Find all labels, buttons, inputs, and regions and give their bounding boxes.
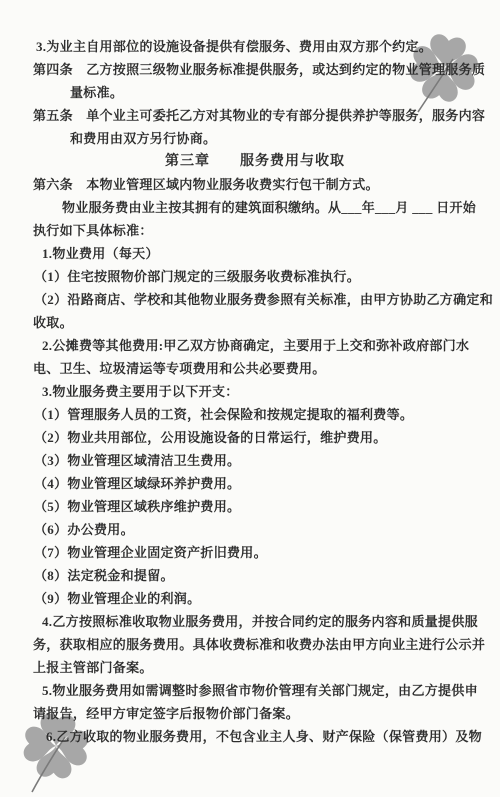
text-line: （4）物业管理区域绿环养护费用。 <box>0 472 500 495</box>
text-line: 上报主管部门备案。 <box>0 656 500 679</box>
text-line: （1）管理服务人员的工资，社会保险和按规定提取的福利费等。 <box>0 403 500 426</box>
text-line: 收取。 <box>0 311 500 334</box>
text-line: 2.公摊费等其他费用:甲乙双方协商确定，主要用于上交和弥补政府部门水 <box>0 334 500 357</box>
text-line: 量标准。 <box>0 81 500 104</box>
text-line: 6.乙方收取的物业服务费用，不包含业主人身、财产保险（保管费用）及物 <box>0 725 500 748</box>
text-line: 和费用由双方另行协商。 <box>0 127 500 150</box>
chapter-heading: 第三章 服务费用与收取 <box>0 150 500 173</box>
text-line: （2）沿路商店、学校和其他物业服务费参照有关标准，由甲方协助乙方确定和 <box>0 288 500 311</box>
text-line: 3.为业主自用部位的设施设备提供有偿服务、费用由双方那个约定。 <box>0 35 500 58</box>
text-line: 第四条 乙方按照三级物业服务标准提供服务，或达到约定的物业管理服务质 <box>0 58 500 81</box>
text-line: （2）物业共用部位，公用设施设备的日常运行，维护费用。 <box>0 426 500 449</box>
text-line: 电、卫生、垃圾清运等专项费用和公共必要费用。 <box>0 357 500 380</box>
text-line: 第六条 本物业管理区域内物业服务收费实行包干制方式。 <box>0 173 500 196</box>
text-line: 1.物业费用（每天） <box>0 242 500 265</box>
text-line: （6）办公费用。 <box>0 518 500 541</box>
text-line: 执行如下具体标准： <box>0 219 500 242</box>
text-line: 务，获取相应的服务费用。具体收费标准和收费办法由甲方向业主进行公示并 <box>0 633 500 656</box>
text-line: （9）物业管理企业的利润。 <box>0 587 500 610</box>
text-line: 3.物业服务费主要用于以下开支： <box>0 380 500 403</box>
text-line: （3）物业管理区域清洁卫生费用。 <box>0 449 500 472</box>
text-line: 5.物业服务费用如需调整时参照省市物价管理有关部门规定，由乙方提供申 <box>0 679 500 702</box>
text-line: 请报告，经甲方审定签字后报物价部门备案。 <box>0 702 500 725</box>
text-line: （8）法定税金和提留。 <box>0 564 500 587</box>
text-line: 物业服务费由业主按其拥有的建筑面积缴纳。从___年___月 ___ 日开始 <box>0 196 500 219</box>
contract-text: 3.为业主自用部位的设施设备提供有偿服务、费用由双方那个约定。 第四条 乙方按照… <box>0 0 500 797</box>
text-line: （7）物业管理企业固定资产折旧费用。 <box>0 541 500 564</box>
text-line: （5）物业管理区域秩序维护费用。 <box>0 495 500 518</box>
text-line: 第五条 单个业主可委托乙方对其物业的专有部分提供养护等服务，服务内容 <box>0 104 500 127</box>
text-line: 4.乙方按照标准收取物业服务费用，并按合同约定的服务内容和质量提供服 <box>0 610 500 633</box>
scanned-contract-page: 3.为业主自用部位的设施设备提供有偿服务、费用由双方那个约定。 第四条 乙方按照… <box>0 0 500 797</box>
text-line: （1）住宅按照物价部门规定的三级服务收费标准执行。 <box>0 265 500 288</box>
